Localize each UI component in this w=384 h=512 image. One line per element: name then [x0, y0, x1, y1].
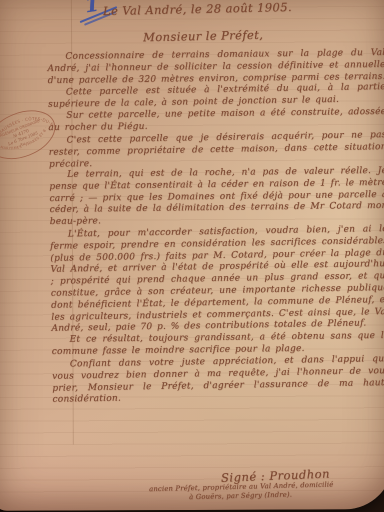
paragraph: Le terrain, qui est de la roche, n'a pas… [49, 166, 384, 229]
paragraph: Confiant dans votre juste appréciation, … [52, 354, 384, 407]
photo-background: 1 Le Val André, le 28 août 1905. Monsieu… [0, 0, 384, 512]
letter-body: Concessionnaire de terrains domaniaux su… [47, 47, 384, 406]
paragraph: C'est cette parcelle que je désirerais a… [48, 130, 384, 171]
signature-note-line2: à Gouërs, par Ségry (Indre). [189, 490, 292, 501]
paragraph: Concessionnaire de terrains domaniaux su… [47, 48, 384, 88]
dateline: Le Val André, le 28 août 1905. [103, 0, 292, 18]
letter-paper: 1 Le Val André, le 28 août 1905. Monsieu… [0, 0, 384, 511]
paragraph: L'État, pour m'accorder satisfaction, vo… [50, 224, 384, 336]
page-number: 1 [83, 0, 100, 17]
salutation: Monsieur le Préfet, [143, 28, 263, 45]
